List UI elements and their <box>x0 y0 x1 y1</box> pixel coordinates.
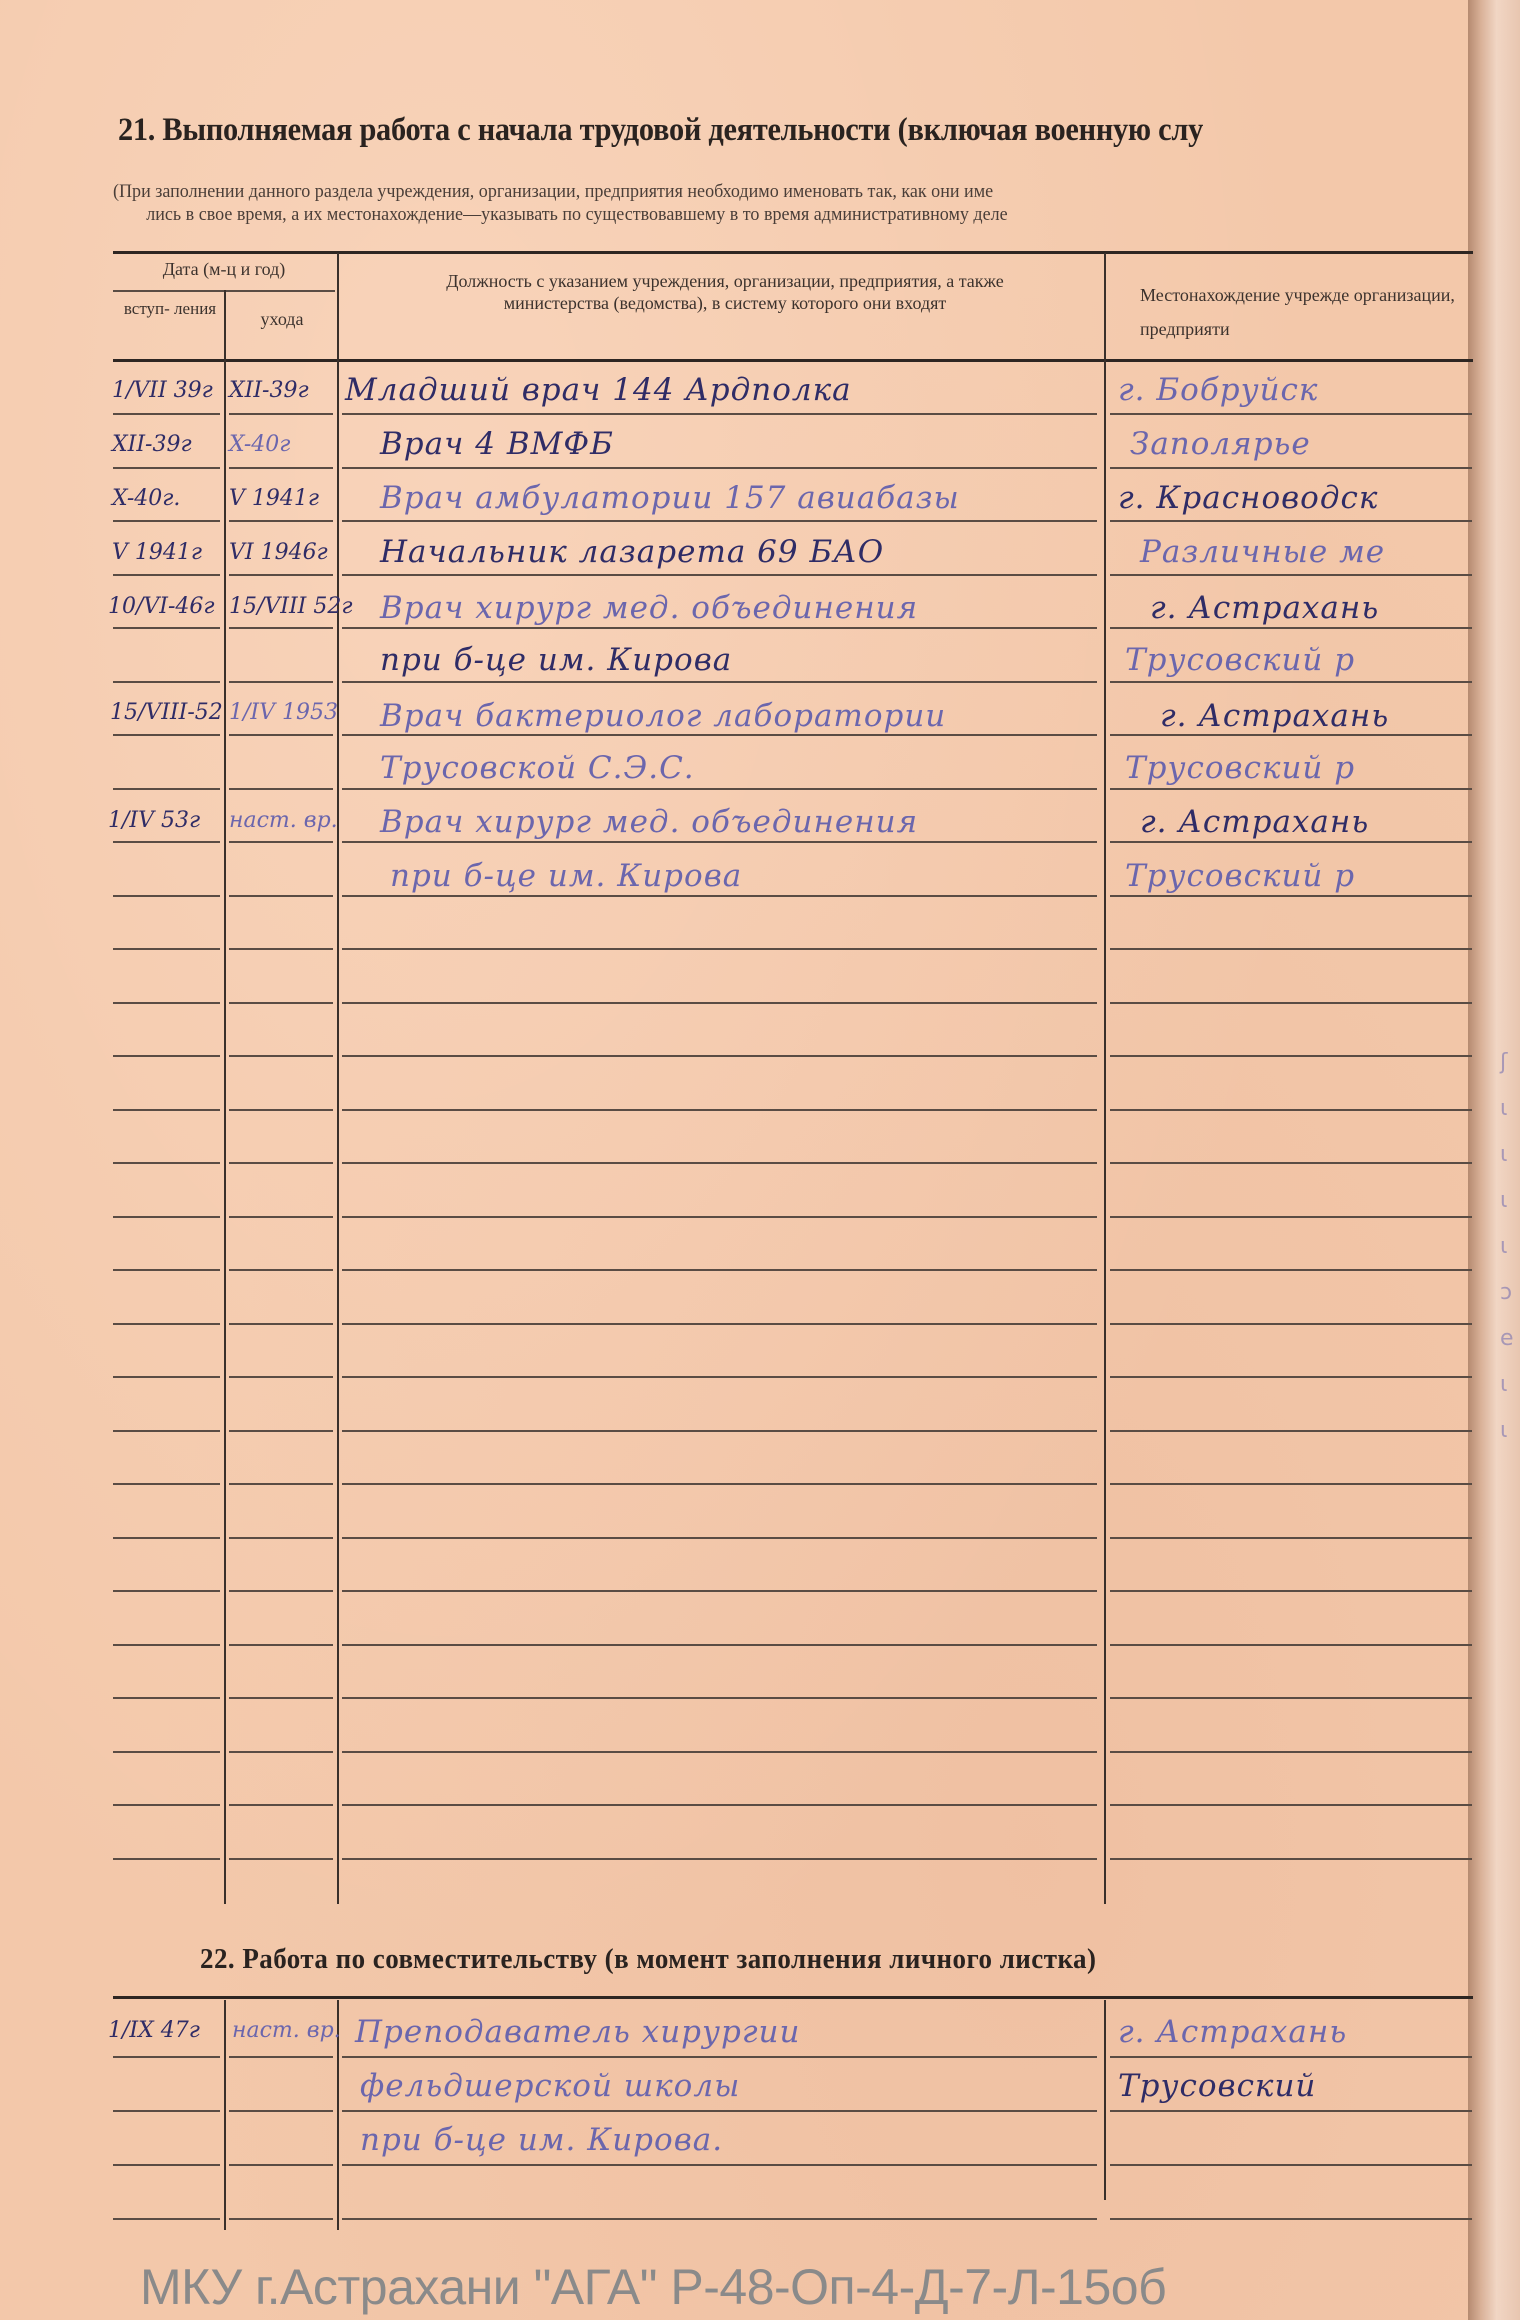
header-start-date: вступ- ления <box>118 298 222 320</box>
cell-start-date: XII-39г <box>112 432 192 457</box>
cell-start-date: 1/IX 47г <box>108 2018 200 2043</box>
ruled-line <box>342 1216 1097 1218</box>
ruled-line <box>342 1109 1097 1111</box>
ruled-line <box>342 2164 1097 2166</box>
ruled-line <box>342 1537 1097 1539</box>
ruled-line <box>1110 2164 1472 2166</box>
ruled-line <box>342 1590 1097 1592</box>
ruled-line <box>342 895 1097 897</box>
adjacent-page-ink: ʃɩɩɩɩɔeɩɩ <box>1500 1040 1514 1454</box>
cell-position: Младший врач 144 Ардполка <box>345 372 852 408</box>
ruled-line <box>113 1804 220 1806</box>
ruled-line <box>229 895 333 897</box>
table-22-top-rule <box>113 1996 1473 1999</box>
ruled-line <box>1110 1590 1472 1592</box>
table-top-rule <box>113 251 1473 254</box>
cell-position: при б-це им. Кирова <box>390 858 742 894</box>
ruled-line <box>113 1537 220 1539</box>
cell-end-date: наст. вр. <box>232 2018 341 2043</box>
cell-end-date: VI 1946г <box>229 540 328 565</box>
cell-position: Трусовской С.Э.С. <box>380 750 695 786</box>
instructions-line-1: (При заполнении данного раздела учрежден… <box>113 180 1443 203</box>
archive-reference-watermark: МКУ г.Астрахани "АГА" Р-48-Оп-4-Д-7-Л-15… <box>140 2258 1166 2316</box>
cell-location: Трусовский р <box>1125 750 1355 786</box>
ruled-line <box>113 1216 220 1218</box>
ruled-line <box>113 1644 220 1646</box>
ruled-line <box>113 627 220 629</box>
ruled-line <box>229 1002 333 1004</box>
cell-location: г. Астрахань <box>1140 804 1369 840</box>
ruled-line <box>342 1002 1097 1004</box>
header-location: Местонахождение учрежде организации, пре… <box>1140 278 1470 346</box>
ruled-line <box>113 1697 220 1699</box>
cell-start-date: X-40г. <box>112 486 180 511</box>
ruled-line <box>113 2110 220 2112</box>
ruled-line <box>1110 734 1472 736</box>
cell-position: при б-це им. Кирова <box>380 642 732 678</box>
ruled-line <box>113 1162 220 1164</box>
ruled-line <box>342 413 1097 415</box>
ruled-line <box>113 1590 220 1592</box>
cell-end-date: X-40г <box>229 432 290 457</box>
ruled-line <box>1110 948 1472 950</box>
ruled-line <box>113 1109 220 1111</box>
ruled-line <box>229 1537 333 1539</box>
ruled-line <box>229 1430 333 1432</box>
ruled-line <box>1110 520 1472 522</box>
ruled-line <box>113 1483 220 1485</box>
ruled-line <box>113 467 220 469</box>
ruled-line <box>342 1055 1097 1057</box>
ruled-line <box>113 1376 220 1378</box>
cell-position: Врач амбулатории 157 авиабазы <box>380 480 960 516</box>
ruled-line <box>229 948 333 950</box>
ruled-line <box>113 1430 220 1432</box>
cell-location: Заполярье <box>1130 426 1311 462</box>
ruled-line <box>342 1858 1097 1860</box>
cell-position: Врач бактериолог лаборатории <box>380 698 946 734</box>
section-22-title: 22. Работа по совместительству (в момент… <box>200 1943 1096 1976</box>
cell-position: Начальник лазарета 69 БАО <box>380 534 884 570</box>
ruled-line <box>1110 1216 1472 1218</box>
ruled-line <box>1110 895 1472 897</box>
cell-end-date: 15/VIII 52г <box>229 594 352 619</box>
ruled-line <box>113 841 220 843</box>
cell-location: г. Астрахань <box>1160 698 1389 734</box>
ruled-line <box>1110 1376 1472 1378</box>
cell-location: г. Бобруйск <box>1118 372 1318 408</box>
section-21-title: 21. Выполняемая работа с начала трудовой… <box>118 112 1203 149</box>
ruled-line <box>113 788 220 790</box>
ruled-line <box>1110 1644 1472 1646</box>
table-22-divider-position-location <box>1104 2000 1106 2200</box>
table-header-bottom-rule <box>113 359 1473 362</box>
table-22-divider-start-end <box>224 2000 226 2230</box>
ruled-line <box>342 841 1097 843</box>
ruled-line <box>113 2056 220 2058</box>
ruled-line <box>229 1590 333 1592</box>
ruled-line <box>342 1804 1097 1806</box>
ruled-line <box>113 1002 220 1004</box>
cell-end-date: 1/IV 1953 <box>229 700 338 725</box>
ruled-line <box>1110 1483 1472 1485</box>
ruled-line <box>1110 1323 1472 1325</box>
ruled-line <box>229 413 333 415</box>
ruled-line <box>229 1109 333 1111</box>
ruled-line <box>342 467 1097 469</box>
ruled-line <box>229 1376 333 1378</box>
ruled-line <box>229 1216 333 1218</box>
ruled-line <box>342 1376 1097 1378</box>
ruled-line <box>229 574 333 576</box>
ruled-line <box>1110 574 1472 576</box>
ruled-line <box>1110 627 1472 629</box>
ruled-line <box>229 1751 333 1753</box>
ruled-line <box>229 841 333 843</box>
ruled-line <box>1110 1109 1472 1111</box>
header-end-date: ухода <box>228 308 336 330</box>
cell-location: г. Астрахань <box>1118 2014 1347 2050</box>
ruled-line <box>229 1483 333 1485</box>
ruled-line <box>1110 1269 1472 1271</box>
ruled-line <box>1110 2056 1472 2058</box>
cell-position: Преподаватель хирургии <box>355 2014 800 2050</box>
ruled-line <box>1110 467 1472 469</box>
ruled-line <box>342 681 1097 683</box>
ruled-line <box>113 1055 220 1057</box>
ruled-line <box>229 1804 333 1806</box>
cell-end-date: XII-39г <box>229 378 309 403</box>
ruled-line <box>229 2110 333 2112</box>
ruled-line <box>342 788 1097 790</box>
cell-position: Врач хирург мед. объединения <box>380 590 918 626</box>
cell-location: Трусовский <box>1118 2068 1316 2104</box>
cell-end-date: наст. вр. <box>229 808 338 833</box>
cell-start-date: 1/IV 53г <box>108 808 200 833</box>
ruled-line <box>1110 1055 1472 1057</box>
cell-location: Различные ме <box>1140 534 1385 570</box>
ruled-line <box>342 1644 1097 1646</box>
ruled-line <box>1110 841 1472 843</box>
ruled-line <box>229 2164 333 2166</box>
cell-location: г. Астрахань <box>1150 590 1379 626</box>
cell-location: г. Красноводск <box>1118 480 1378 516</box>
ruled-line <box>1110 1430 1472 1432</box>
ruled-line <box>1110 1537 1472 1539</box>
cell-location: Трусовский р <box>1125 642 1355 678</box>
ruled-line <box>342 520 1097 522</box>
ruled-line <box>342 948 1097 950</box>
column-divider-start-end <box>224 290 226 1904</box>
ruled-line <box>342 1162 1097 1164</box>
header-date-group: Дата (м-ц и год) <box>113 258 335 280</box>
ruled-line <box>342 574 1097 576</box>
ruled-line <box>229 788 333 790</box>
ruled-line <box>229 1269 333 1271</box>
ruled-line <box>229 1697 333 1699</box>
ruled-line <box>113 1858 220 1860</box>
cell-start-date: V 1941г <box>112 540 202 565</box>
ruled-line <box>342 1697 1097 1699</box>
ruled-line <box>229 467 333 469</box>
ruled-line <box>229 2218 333 2220</box>
ruled-line <box>229 1055 333 1057</box>
ruled-line <box>1110 681 1472 683</box>
ruled-line <box>1110 1162 1472 1164</box>
ruled-line <box>229 2056 333 2058</box>
ruled-line <box>1110 1804 1472 1806</box>
cell-position: при б-це им. Кирова. <box>360 2122 723 2158</box>
ruled-line <box>229 1858 333 1860</box>
ruled-line <box>342 1430 1097 1432</box>
cell-position: Врач 4 ВМФБ <box>380 426 614 462</box>
ruled-line <box>1110 1858 1472 1860</box>
ruled-line <box>342 1483 1097 1485</box>
cell-location: Трусовский р <box>1125 858 1355 894</box>
ruled-line <box>113 574 220 576</box>
column-divider-position-location <box>1104 253 1106 1904</box>
ruled-line <box>113 520 220 522</box>
ruled-line <box>113 1323 220 1325</box>
ruled-line <box>113 681 220 683</box>
ruled-line <box>113 1751 220 1753</box>
ruled-line <box>229 681 333 683</box>
ruled-line <box>229 520 333 522</box>
ruled-line <box>229 1162 333 1164</box>
instructions-line-2: лись в свое время, а их местонахождение—… <box>113 203 1443 226</box>
ruled-line <box>342 734 1097 736</box>
ruled-line <box>229 1644 333 1646</box>
ruled-line <box>1110 1751 1472 1753</box>
cell-position: Врач хирург мед. объединения <box>380 804 918 840</box>
ruled-line <box>229 627 333 629</box>
cell-position: фельдшерской школы <box>360 2068 740 2104</box>
ruled-line <box>113 2164 220 2166</box>
cell-end-date: V 1941г <box>229 486 319 511</box>
ruled-line <box>113 2218 220 2220</box>
ruled-line <box>229 1323 333 1325</box>
ruled-line <box>342 1751 1097 1753</box>
ruled-line <box>113 895 220 897</box>
cell-start-date: 10/VI-46г <box>108 594 215 619</box>
ruled-line <box>1110 1002 1472 1004</box>
column-divider-dates-position <box>337 253 339 1904</box>
ruled-line <box>1110 2218 1472 2220</box>
ruled-line <box>1110 788 1472 790</box>
ruled-line <box>342 2110 1097 2112</box>
ruled-line <box>342 2056 1097 2058</box>
cell-start-date: 1/VII 39г <box>112 378 213 403</box>
ruled-line <box>342 627 1097 629</box>
ruled-line <box>113 948 220 950</box>
cell-start-date: 15/VIII-52 <box>110 700 223 725</box>
ruled-line <box>1110 2110 1472 2112</box>
ruled-line <box>342 2218 1097 2220</box>
ruled-line <box>342 1269 1097 1271</box>
header-position: Должность с указанием учреждения, органи… <box>430 270 1020 314</box>
ruled-line <box>1110 413 1472 415</box>
ruled-line <box>342 1323 1097 1325</box>
ruled-line <box>113 1269 220 1271</box>
ruled-line <box>1110 1697 1472 1699</box>
ruled-line <box>113 413 220 415</box>
ruled-line <box>113 734 220 736</box>
ruled-line <box>229 734 333 736</box>
section-21-instructions: (При заполнении данного раздела учрежден… <box>113 180 1443 226</box>
